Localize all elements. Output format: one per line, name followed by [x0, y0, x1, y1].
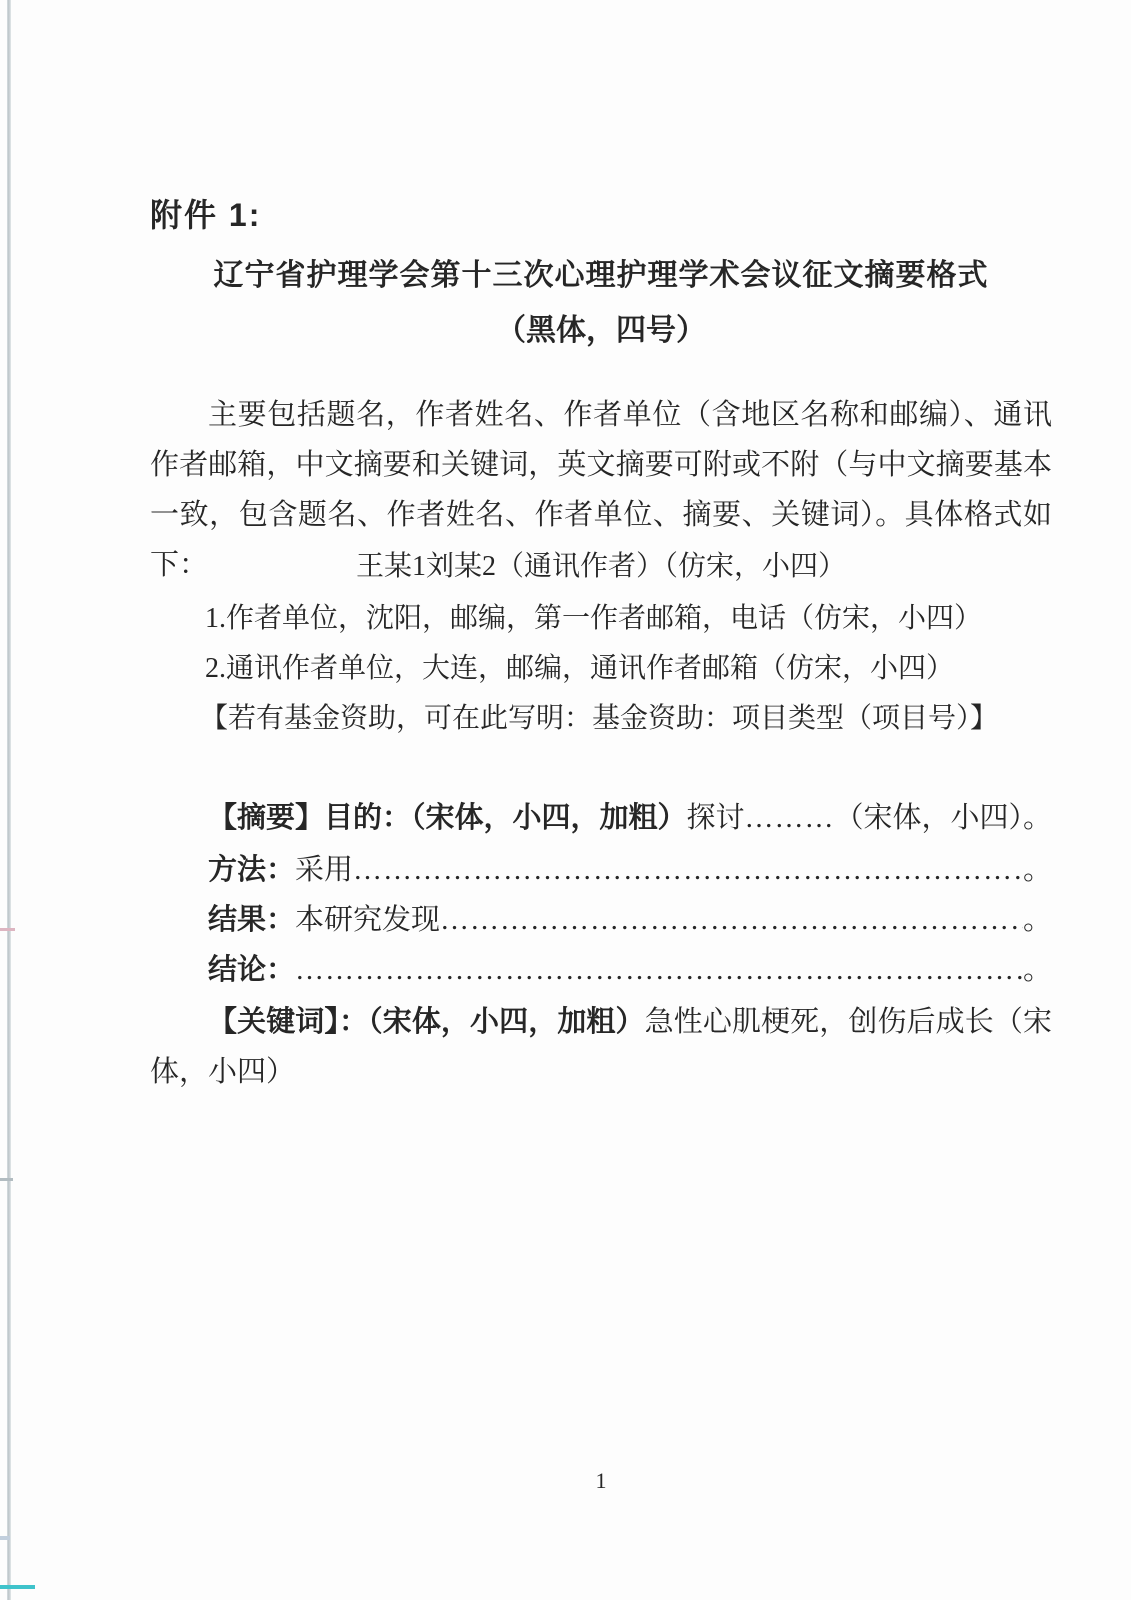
scan-mark-blue	[0, 1536, 10, 1540]
scan-edge-line	[7, 0, 11, 1600]
abstract-conclusion-line: 结论： …………………………………………………………………………………………………	[150, 947, 1052, 988]
abstract-method-line: 方法： 采用 …………………………………………………………………………………………	[150, 847, 1052, 888]
funding-note-line: 【若有基金资助，可在此写明：基金资助：项目类型（项目号）】	[150, 696, 1052, 736]
result-dot-leader: ………………………………………………………………………………………………	[440, 904, 1023, 937]
objective-prefix: 探讨	[687, 795, 745, 836]
conclusion-label: 结论：	[208, 947, 295, 988]
method-prefix: 采用	[295, 847, 353, 888]
objective-suffix: （宋体，小四）。	[834, 795, 1052, 836]
scan-mark-cyan	[0, 1585, 35, 1589]
page-number: 1	[150, 1468, 1052, 1494]
scanned-document-page: 附件 1: 辽宁省护理学会第十三次心理护理学术会议征文摘要格式 （黑体，四号） …	[0, 0, 1131, 1600]
attachment-label: 附件 1:	[150, 190, 1052, 236]
title-font-note: （黑体，四号）	[150, 305, 1052, 349]
result-prefix: 本研究发现	[295, 897, 440, 938]
method-suffix: 。	[1023, 847, 1052, 888]
keywords-paragraph: 【关键词】：（宋体，小四，加粗）急性心肌梗死，创伤后成长（宋体，小四）	[150, 997, 1052, 1097]
result-label: 结果：	[208, 897, 295, 938]
conclusion-suffix: 。	[1023, 947, 1052, 988]
objective-dot-leader: ……………………………………	[745, 802, 835, 835]
result-suffix: 。	[1023, 897, 1052, 938]
keywords-label: 【关键词】：（宋体，小四，加粗）	[208, 1006, 645, 1038]
objective-label: 【摘要】目的：（宋体，小四，加粗）	[208, 795, 687, 836]
affiliation-line-1: 1.作者单位，沈阳，邮编，第一作者邮箱，电话（仿宋，小四）	[150, 596, 1052, 636]
conclusion-dot-leader: ………………………………………………………………………………………………	[295, 954, 1023, 987]
affiliation-line-2: 2.通讯作者单位，大连，邮编，通讯作者邮箱（仿宋，小四）	[150, 646, 1052, 686]
author-format-line: 王某1刘某2（通讯作者）（仿宋，小四）	[150, 544, 1052, 584]
abstract-objective-line: 【摘要】目的：（宋体，小四，加粗） 探讨 …………………………………… （宋体，…	[150, 795, 1052, 836]
method-dot-leader: ………………………………………………………………………………………………	[353, 854, 1023, 887]
document-title: 辽宁省护理学会第十三次心理护理学术会议征文摘要格式	[150, 250, 1052, 294]
abstract-result-line: 结果： 本研究发现 …………………………………………………………………………………	[150, 897, 1052, 938]
scan-mark-grey	[0, 1178, 13, 1181]
method-label: 方法：	[208, 847, 295, 888]
scan-mark-pink	[0, 928, 15, 931]
